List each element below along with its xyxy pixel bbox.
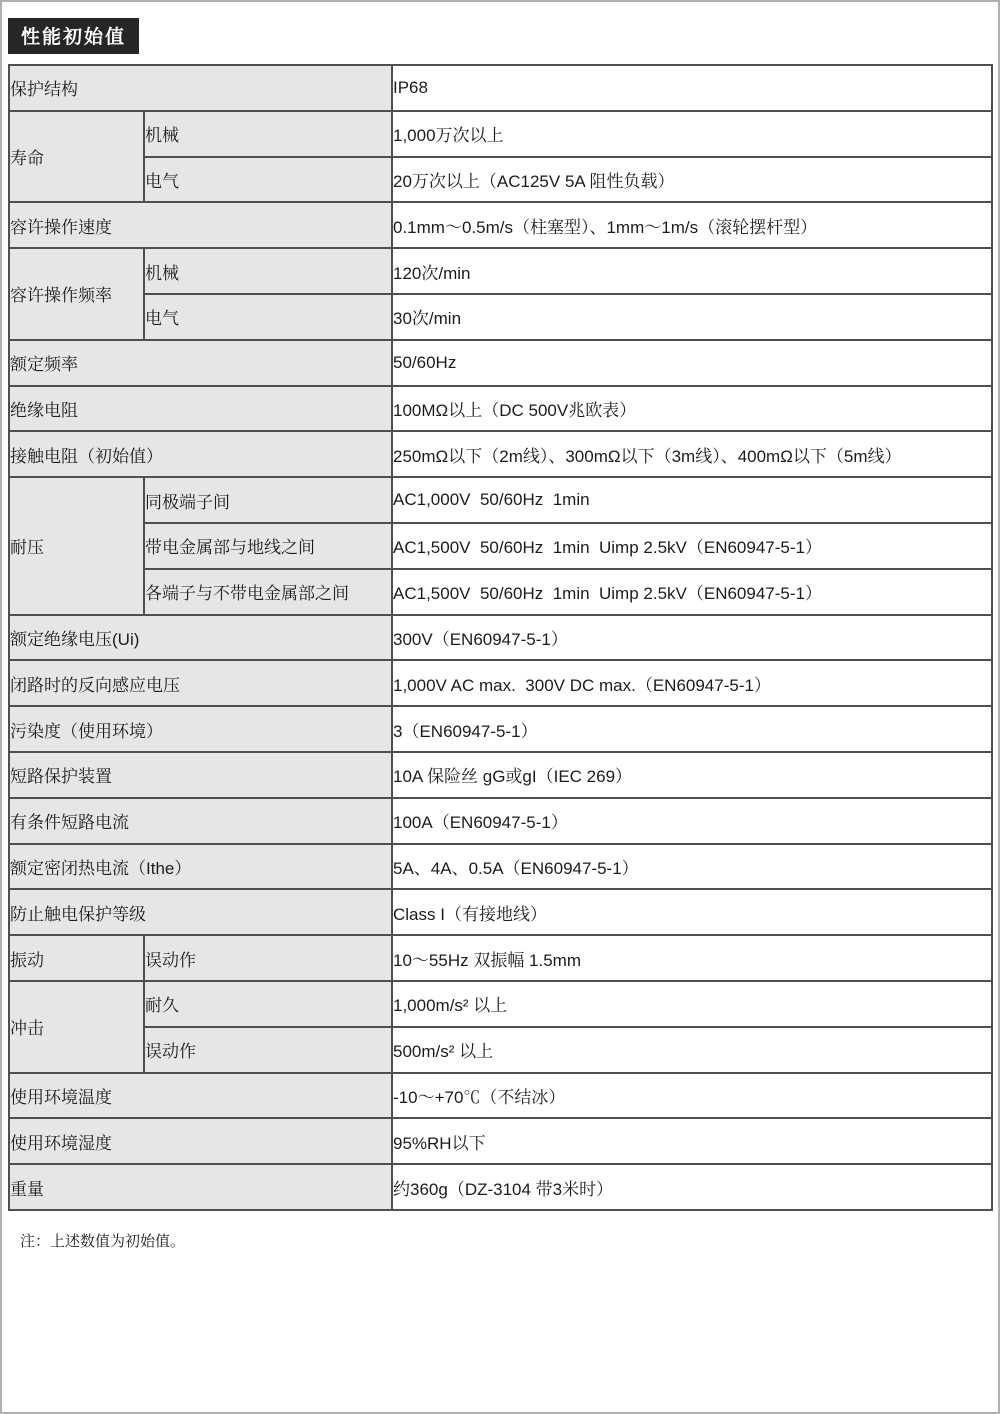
- row-label-cell: 额定频率: [9, 340, 392, 386]
- row-label-cell: 接触电阻（初始值）: [9, 431, 392, 477]
- table-row: 重量约360g（DZ-3104 带3米时）: [9, 1164, 992, 1210]
- spec-table: 保护结构IP68寿命机械1,000万次以上电气20万次以上（AC125V 5A …: [8, 64, 993, 1211]
- row-value-cell: 约360g（DZ-3104 带3米时）: [392, 1164, 992, 1210]
- row-value-cell: IP68: [392, 65, 992, 111]
- row-label-cell: 额定绝缘电压(Ui): [9, 615, 392, 661]
- table-row: 误动作500m/s² 以上: [9, 1027, 992, 1073]
- table-row: 带电金属部与地线之间AC1,500V 50/60Hz 1min Uimp 2.5…: [9, 523, 992, 569]
- table-row: 寿命机械1,000万次以上: [9, 111, 992, 157]
- table-row: 冲击耐久1,000m/s² 以上: [9, 981, 992, 1027]
- row-label-cell: 绝缘电阻: [9, 386, 392, 432]
- table-row: 闭路时的反向感应电压1,000V AC max. 300V DC max.（EN…: [9, 660, 992, 706]
- row-label-cell: 防止触电保护等级: [9, 889, 392, 935]
- spec-sheet-page: 性能初始值 保护结构IP68寿命机械1,000万次以上电气20万次以上（AC12…: [0, 0, 1000, 1414]
- table-row: 额定频率50/60Hz: [9, 340, 992, 386]
- row-value-cell: 120次/min: [392, 248, 992, 294]
- table-row: 使用环境温度-10～+70℃（不结冰）: [9, 1073, 992, 1119]
- row-value-cell: 5A、4A、0.5A（EN60947-5-1）: [392, 844, 992, 890]
- table-row: 使用环境湿度95%RH以下: [9, 1118, 992, 1164]
- row-value-cell: 100A（EN60947-5-1）: [392, 798, 992, 844]
- row-value-cell: -10～+70℃（不结冰）: [392, 1073, 992, 1119]
- row-value-cell: AC1,500V 50/60Hz 1min Uimp 2.5kV（EN60947…: [392, 569, 992, 615]
- row-sublabel-cell: 机械: [144, 248, 392, 294]
- row-group-cell: 冲击: [9, 981, 144, 1073]
- row-label-cell: 容许操作速度: [9, 202, 392, 248]
- row-label-cell: 保护结构: [9, 65, 392, 111]
- table-row: 额定绝缘电压(Ui)300V（EN60947-5-1）: [9, 615, 992, 661]
- row-value-cell: 30次/min: [392, 294, 992, 340]
- row-value-cell: Class I（有接地线）: [392, 889, 992, 935]
- row-label-cell: 污染度（使用环境）: [9, 706, 392, 752]
- table-row: 有条件短路电流100A（EN60947-5-1）: [9, 798, 992, 844]
- row-value-cell: 1,000m/s² 以上: [392, 981, 992, 1027]
- row-value-cell: 100MΩ以上（DC 500V兆欧表）: [392, 386, 992, 432]
- table-row: 污染度（使用环境）3（EN60947-5-1）: [9, 706, 992, 752]
- row-group-cell: 振动: [9, 935, 144, 981]
- row-value-cell: AC1,500V 50/60Hz 1min Uimp 2.5kV（EN60947…: [392, 523, 992, 569]
- row-sublabel-cell: 带电金属部与地线之间: [144, 523, 392, 569]
- row-label-cell: 额定密闭热电流（Ithe）: [9, 844, 392, 890]
- table-row: 各端子与不带电金属部之间AC1,500V 50/60Hz 1min Uimp 2…: [9, 569, 992, 615]
- row-group-cell: 寿命: [9, 111, 144, 203]
- table-row: 电气30次/min: [9, 294, 992, 340]
- spec-table-body: 保护结构IP68寿命机械1,000万次以上电气20万次以上（AC125V 5A …: [9, 65, 992, 1210]
- row-value-cell: 1,000V AC max. 300V DC max.（EN60947-5-1）: [392, 660, 992, 706]
- row-value-cell: 300V（EN60947-5-1）: [392, 615, 992, 661]
- table-row: 电气20万次以上（AC125V 5A 阻性负载）: [9, 157, 992, 203]
- table-row: 接触电阻（初始值）250mΩ以下（2m线）、300mΩ以下（3m线）、400mΩ…: [9, 431, 992, 477]
- row-value-cell: 20万次以上（AC125V 5A 阻性负载）: [392, 157, 992, 203]
- footnote: 注：上述数值为初始值。: [20, 1230, 998, 1251]
- table-row: 保护结构IP68: [9, 65, 992, 111]
- table-row: 耐压同极端子间AC1,000V 50/60Hz 1min: [9, 477, 992, 523]
- table-row: 振动误动作10～55Hz 双振幅 1.5mm: [9, 935, 992, 981]
- row-value-cell: 250mΩ以下（2m线）、300mΩ以下（3m线）、400mΩ以下（5m线）: [392, 431, 992, 477]
- row-label-cell: 使用环境湿度: [9, 1118, 392, 1164]
- table-row: 绝缘电阻100MΩ以上（DC 500V兆欧表）: [9, 386, 992, 432]
- row-sublabel-cell: 误动作: [144, 1027, 392, 1073]
- table-row: 防止触电保护等级Class I（有接地线）: [9, 889, 992, 935]
- row-label-cell: 使用环境温度: [9, 1073, 392, 1119]
- table-row: 容许操作速度0.1mm～0.5m/s（柱塞型）、1mm～1m/s（滚轮摆杆型）: [9, 202, 992, 248]
- row-sublabel-cell: 各端子与不带电金属部之间: [144, 569, 392, 615]
- row-value-cell: 3（EN60947-5-1）: [392, 706, 992, 752]
- row-label-cell: 重量: [9, 1164, 392, 1210]
- row-value-cell: AC1,000V 50/60Hz 1min: [392, 477, 992, 523]
- row-value-cell: 0.1mm～0.5m/s（柱塞型）、1mm～1m/s（滚轮摆杆型）: [392, 202, 992, 248]
- row-value-cell: 500m/s² 以上: [392, 1027, 992, 1073]
- table-row: 容许操作频率机械120次/min: [9, 248, 992, 294]
- table-row: 额定密闭热电流（Ithe）5A、4A、0.5A（EN60947-5-1）: [9, 844, 992, 890]
- row-value-cell: 10～55Hz 双振幅 1.5mm: [392, 935, 992, 981]
- row-label-cell: 有条件短路电流: [9, 798, 392, 844]
- row-group-cell: 容许操作频率: [9, 248, 144, 340]
- table-row: 短路保护装置10A 保险丝 gG或gI（IEC 269）: [9, 752, 992, 798]
- section-title: 性能初始值: [8, 18, 139, 54]
- row-sublabel-cell: 机械: [144, 111, 392, 157]
- row-value-cell: 1,000万次以上: [392, 111, 992, 157]
- row-sublabel-cell: 误动作: [144, 935, 392, 981]
- row-sublabel-cell: 电气: [144, 294, 392, 340]
- row-label-cell: 闭路时的反向感应电压: [9, 660, 392, 706]
- row-label-cell: 短路保护装置: [9, 752, 392, 798]
- row-group-cell: 耐压: [9, 477, 144, 614]
- row-sublabel-cell: 耐久: [144, 981, 392, 1027]
- row-value-cell: 50/60Hz: [392, 340, 992, 386]
- row-value-cell: 95%RH以下: [392, 1118, 992, 1164]
- row-sublabel-cell: 同极端子间: [144, 477, 392, 523]
- row-value-cell: 10A 保险丝 gG或gI（IEC 269）: [392, 752, 992, 798]
- row-sublabel-cell: 电气: [144, 157, 392, 203]
